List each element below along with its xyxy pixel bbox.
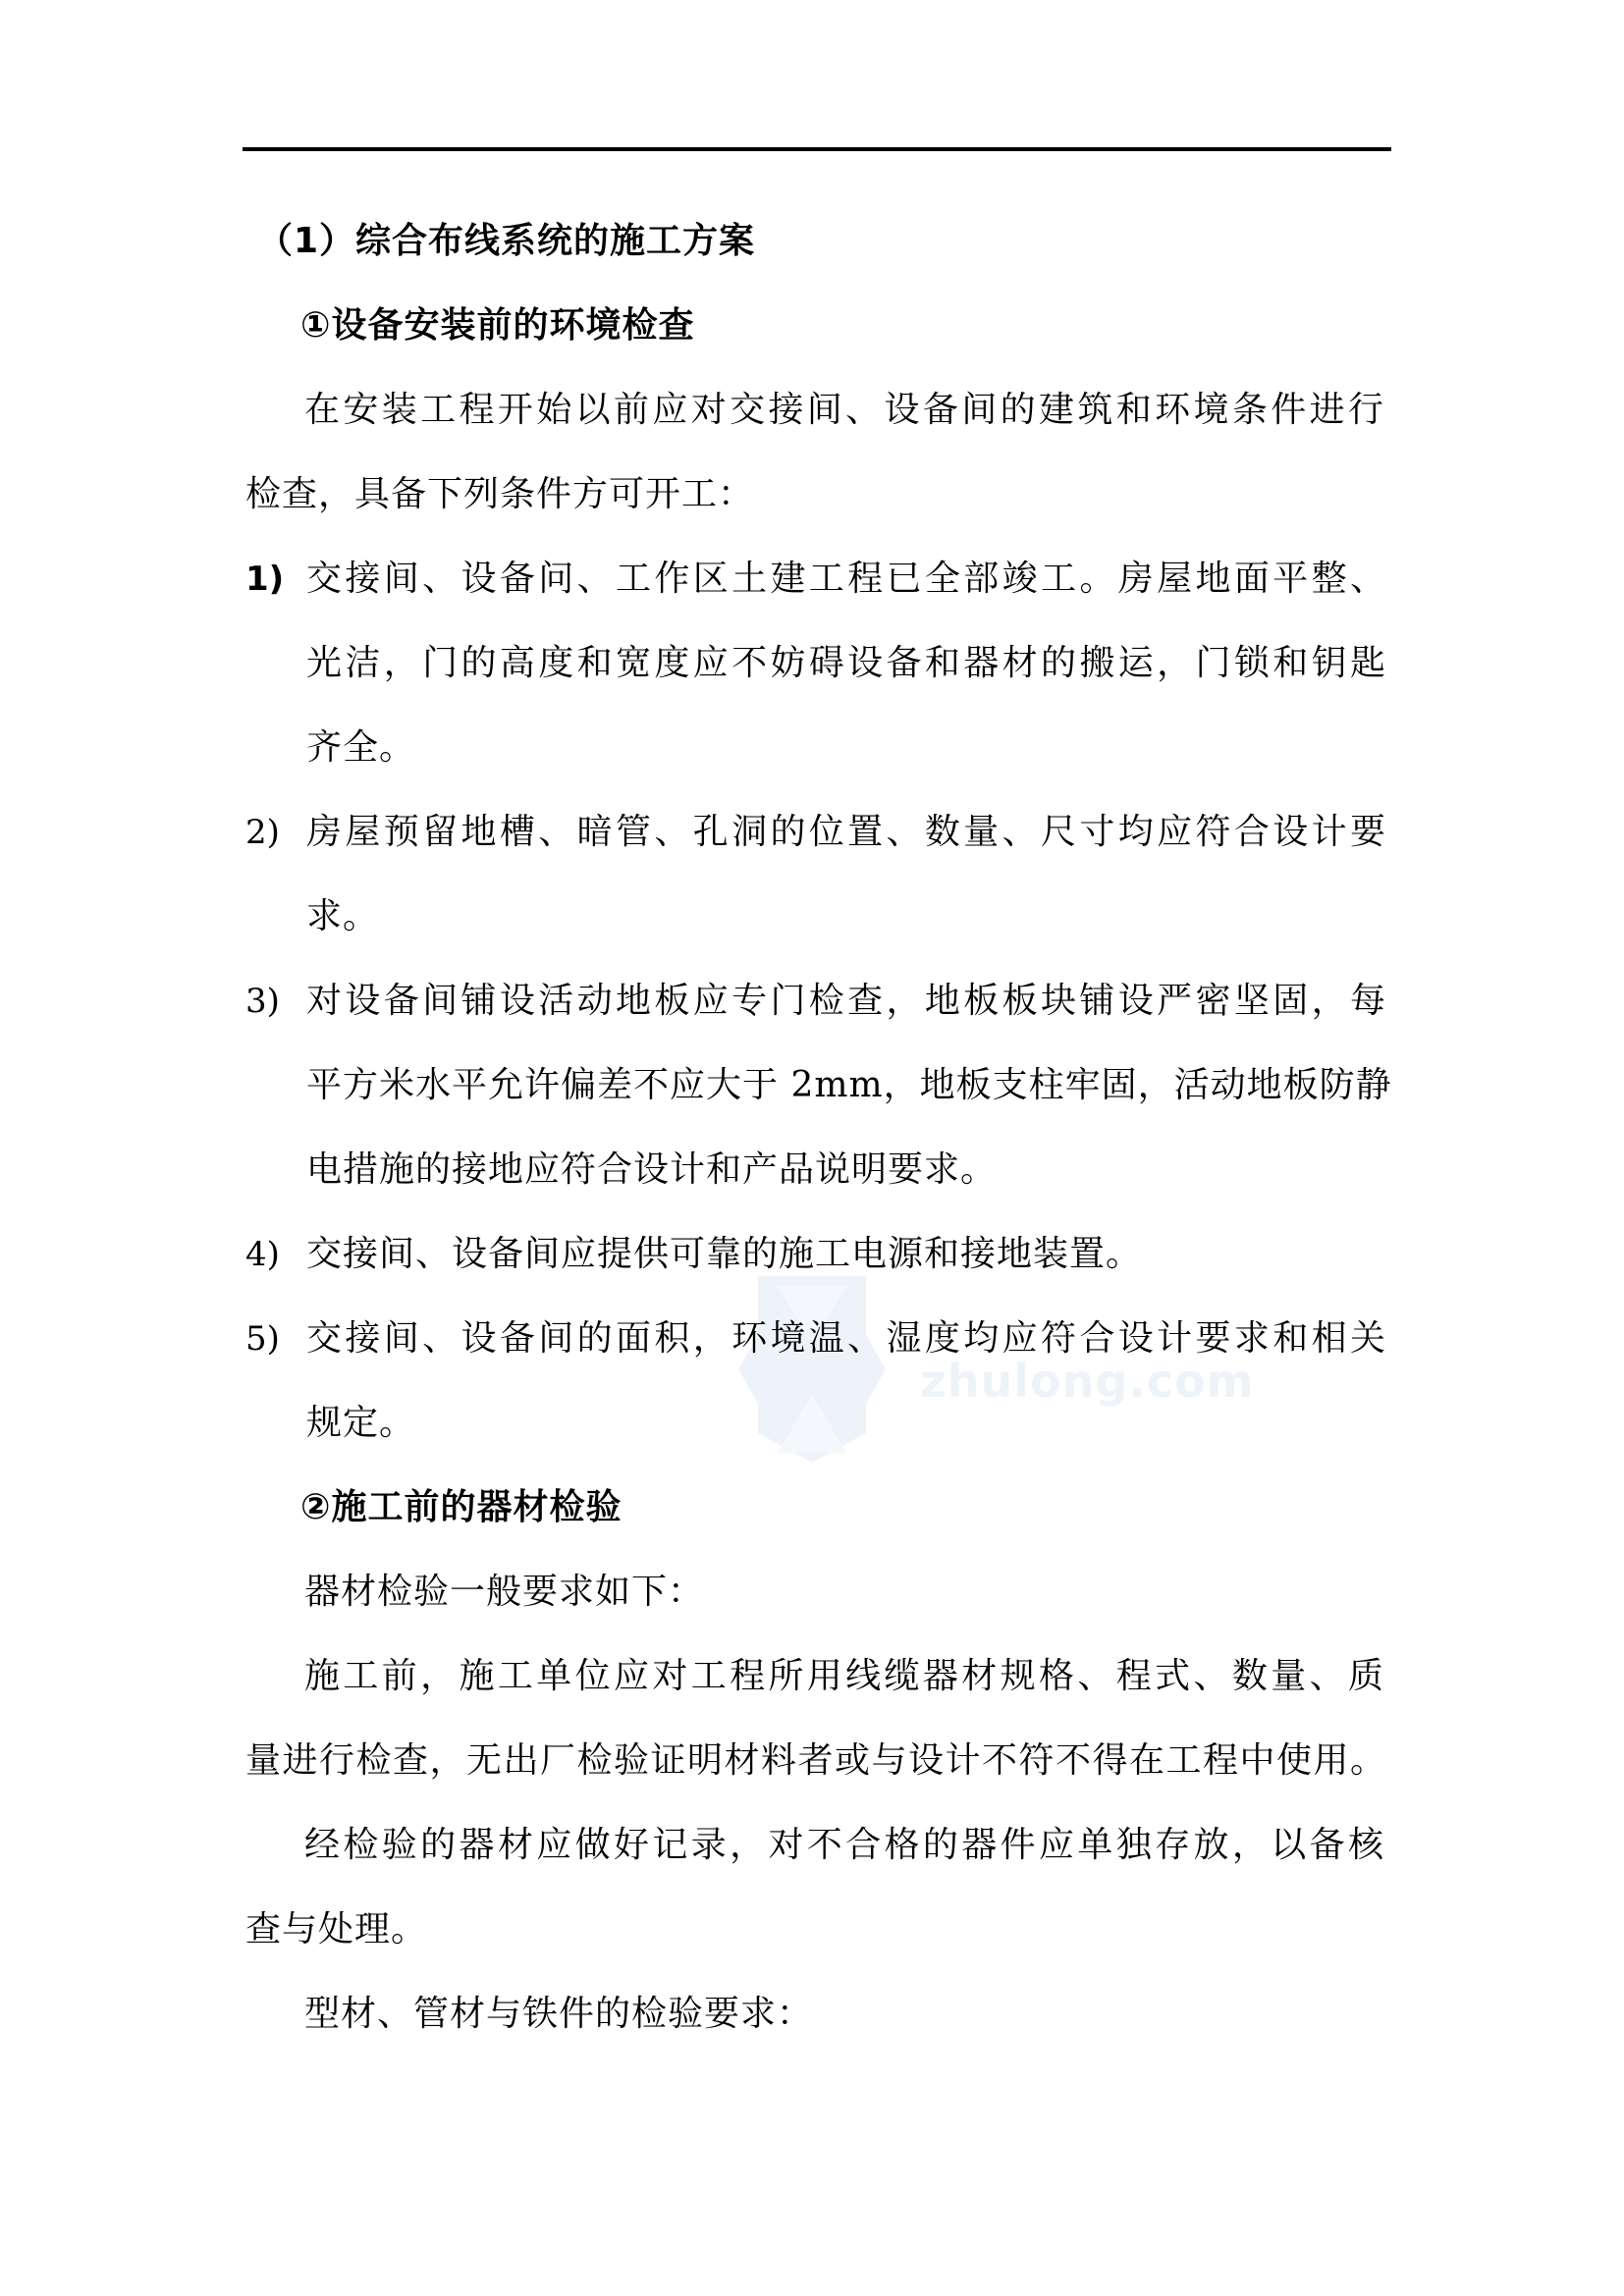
item-number-4: 4) bbox=[245, 1231, 280, 1278]
item-2-line-1: 房屋预留地槽、暗管、孔洞的位置、数量、尺寸均应符合设计要 bbox=[306, 809, 1386, 856]
item-3-line-3: 电措施的接地应符合设计和产品说明要求。 bbox=[306, 1147, 1455, 1194]
intro-line-2: 检查，具备下列条件方可开工： bbox=[245, 471, 1394, 518]
para-4-line-1: 型材、管材与铁件的检验要求： bbox=[304, 1991, 1453, 2038]
item-1-line-1: 交接间、设备问、工作区土建工程已全部竣工。房屋地面平整、 bbox=[306, 556, 1386, 603]
item-2-line-2: 求。 bbox=[306, 893, 1455, 940]
subsection-title-2: ②施工前的器材检验 bbox=[300, 1484, 1449, 1531]
watermark: zhulong.com bbox=[738, 1276, 1249, 1482]
item-number-1: 1) bbox=[245, 556, 284, 603]
header-rule bbox=[243, 147, 1391, 151]
para-1-line-1: 器材检验一般要求如下： bbox=[304, 1569, 1453, 1616]
subsection-title-1: ①设备安装前的环境检查 bbox=[300, 302, 1449, 349]
item-number-5: 5) bbox=[245, 1315, 280, 1362]
item-number-2: 2) bbox=[245, 809, 280, 856]
item-1-line-2: 光洁，门的高度和宽度应不妨碍设备和器材的搬运，门锁和钥匙 bbox=[306, 640, 1386, 687]
item-5-line-1: 交接间、设备间的面积，环境温、湿度均应符合设计要求和相关 bbox=[306, 1315, 1386, 1362]
para-2-line-2: 量进行检查，无出厂检验证明材料者或与设计不符不得在工程中使用。 bbox=[245, 1737, 1386, 1785]
para-3-line-1: 经检验的器材应做好记录，对不合格的器件应单独存放，以备核 bbox=[304, 1822, 1384, 1869]
para-3-line-2: 查与处理。 bbox=[245, 1906, 1394, 1953]
item-3-line-2: 平方米水平允许偏差不应大于 2mm，地板支柱牢固，活动地板防静 bbox=[306, 1062, 1386, 1109]
intro-line-1: 在安装工程开始以前应对交接间、设备间的建筑和环境条件进行 bbox=[304, 387, 1384, 434]
section-title: （1）综合布线系统的施工方案 bbox=[257, 218, 1406, 265]
item-4-line-1: 交接间、设备间应提供可靠的施工电源和接地装置。 bbox=[306, 1231, 1455, 1278]
item-3-line-1: 对设备间铺设活动地板应专门检查，地板板块铺设严密坚固，每 bbox=[306, 978, 1386, 1025]
item-5-line-2: 规定。 bbox=[306, 1400, 1455, 1447]
para-2-line-1: 施工前，施工单位应对工程所用线缆器材规格、程式、数量、质 bbox=[304, 1653, 1384, 1700]
item-1-line-3: 齐全。 bbox=[306, 724, 1455, 772]
item-number-3: 3) bbox=[245, 978, 280, 1025]
document-page: （1）综合布线系统的施工方案 ①设备安装前的环境检查 在安装工程开始以前应对交接… bbox=[0, 0, 1624, 2296]
